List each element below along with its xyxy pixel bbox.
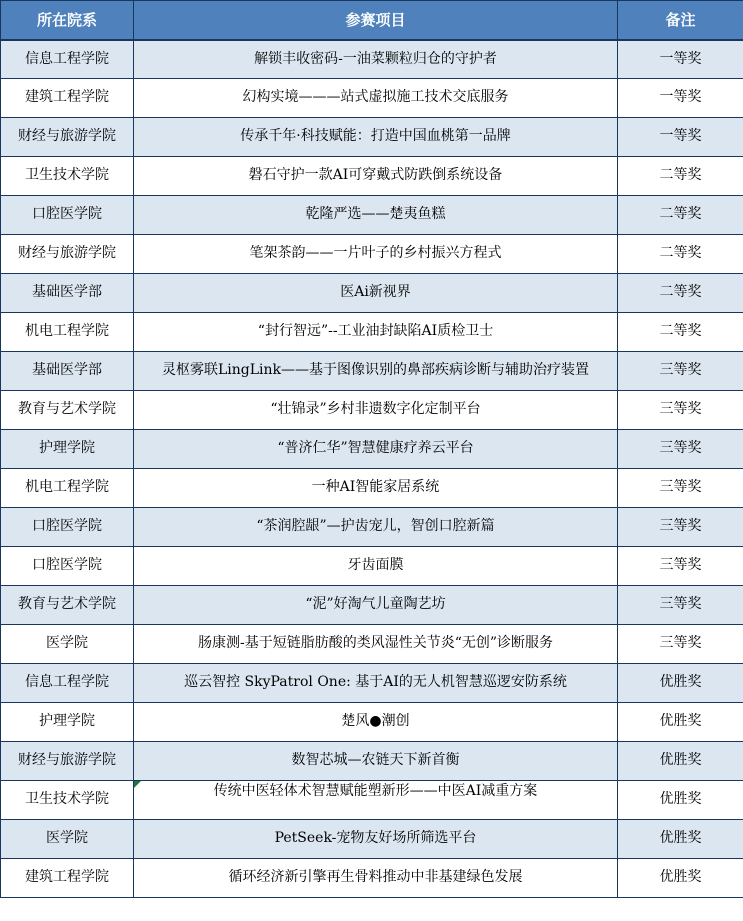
department-cell: 口腔医学院: [1, 196, 134, 235]
table-row: 信息工程学院 解锁丰收密码-一油菜颗粒归仓的守护者 一等奖: [1, 40, 743, 79]
award-cell: 三等奖: [618, 430, 743, 469]
table-row: 基础医学部 灵枢雾联LingLink——基于图像识别的鼻部疾病诊断与辅助治疗装置…: [1, 352, 743, 391]
project-cell: “茶润腔龈”—护齿宠儿，智创口腔新篇: [134, 508, 618, 547]
award-cell: 优胜奖: [618, 664, 743, 703]
table-row: 医学院 肠康测-基于短链脂肪酸的类风湿性关节炎“无创”诊断服务 三等奖: [1, 625, 743, 664]
project-cell: 楚风●潮创: [134, 703, 618, 742]
department-cell: 信息工程学院: [1, 664, 134, 703]
table-row: 财经与旅游学院 传承千年·科技赋能：打造中国血桃第一品牌 一等奖: [1, 118, 743, 157]
award-cell: 二等奖: [618, 274, 743, 313]
department-cell: 建筑工程学院: [1, 79, 134, 118]
award-cell: 二等奖: [618, 196, 743, 235]
project-cell: 传承千年·科技赋能：打造中国血桃第一品牌: [134, 118, 618, 157]
column-header-project: 参赛项目: [134, 1, 618, 40]
table-row: 卫生技术学院 磐石守护一款AI可穿戴式防跌倒系统设备 二等奖: [1, 157, 743, 196]
project-cell: 牙齿面膜: [134, 547, 618, 586]
table-row: 护理学院 “普济仁华”智慧健康疗养云平台 三等奖: [1, 430, 743, 469]
award-cell: 三等奖: [618, 547, 743, 586]
award-cell: 优胜奖: [618, 781, 743, 820]
table-row: 财经与旅游学院 笔架茶韵——一片叶子的乡村振兴方程式 二等奖: [1, 235, 743, 274]
project-cell: 解锁丰收密码-一油菜颗粒归仓的守护者: [134, 40, 618, 79]
award-cell: 三等奖: [618, 508, 743, 547]
department-cell: 基础医学部: [1, 274, 134, 313]
award-cell: 一等奖: [618, 79, 743, 118]
award-cell: 三等奖: [618, 469, 743, 508]
project-cell: PetSeek-宠物友好场所筛选平台: [134, 820, 618, 859]
department-cell: 医学院: [1, 625, 134, 664]
department-cell: 口腔医学院: [1, 547, 134, 586]
department-cell: 机电工程学院: [1, 469, 134, 508]
table-row: 机电工程学院 一种AI智能家居系统 三等奖: [1, 469, 743, 508]
project-cell: “泥”好淘气儿童陶艺坊: [134, 586, 618, 625]
project-cell: 幻构实境———站式虚拟施工技术交底服务: [134, 79, 618, 118]
award-cell: 三等奖: [618, 586, 743, 625]
award-cell: 优胜奖: [618, 859, 743, 898]
project-cell: 循环经济新引擎再生骨料推动中非基建绿色发展: [134, 859, 618, 898]
table-row: 基础医学部 医Ai新视界 二等奖: [1, 274, 743, 313]
department-cell: 财经与旅游学院: [1, 742, 134, 781]
project-cell: 巡云智控 SkyPatrol One: 基于AI的无人机智慧巡逻安防系统: [134, 664, 618, 703]
award-cell: 优胜奖: [618, 742, 743, 781]
department-cell: 教育与艺术学院: [1, 586, 134, 625]
department-cell: 财经与旅游学院: [1, 235, 134, 274]
table-row: 口腔医学院 牙齿面膜 三等奖: [1, 547, 743, 586]
award-cell: 一等奖: [618, 40, 743, 79]
award-cell: 二等奖: [618, 235, 743, 274]
table-row: 护理学院 楚风●潮创 优胜奖: [1, 703, 743, 742]
project-cell: 笔架茶韵——一片叶子的乡村振兴方程式: [134, 235, 618, 274]
department-cell: 财经与旅游学院: [1, 118, 134, 157]
table-row: 教育与艺术学院 “壮锦录”乡村非遗数字化定制平台 三等奖: [1, 391, 743, 430]
awards-table: 所在院系 参赛项目 备注 信息工程学院 解锁丰收密码-一油菜颗粒归仓的守护者 一…: [0, 0, 743, 898]
award-cell: 二等奖: [618, 157, 743, 196]
project-cell: 乾隆严选——楚夷鱼糕: [134, 196, 618, 235]
project-cell: 肠康测-基于短链脂肪酸的类风湿性关节炎“无创”诊断服务: [134, 625, 618, 664]
department-cell: 卫生技术学院: [1, 781, 134, 820]
project-cell: 传统中医轻体术智慧赋能塑新形——中医AI减重方案: [134, 781, 618, 820]
department-cell: 护理学院: [1, 430, 134, 469]
column-header-department: 所在院系: [1, 1, 134, 40]
project-cell: 数智芯城—农链天下新首衡: [134, 742, 618, 781]
award-cell: 一等奖: [618, 118, 743, 157]
award-cell: 三等奖: [618, 352, 743, 391]
project-cell: 一种AI智能家居系统: [134, 469, 618, 508]
department-cell: 医学院: [1, 820, 134, 859]
comment-marker-icon: [134, 781, 141, 788]
department-cell: 卫生技术学院: [1, 157, 134, 196]
department-cell: 机电工程学院: [1, 313, 134, 352]
award-cell: 优胜奖: [618, 703, 743, 742]
department-cell: 口腔医学院: [1, 508, 134, 547]
header-row: 所在院系 参赛项目 备注: [1, 1, 743, 40]
table-row: 医学院 PetSeek-宠物友好场所筛选平台 优胜奖: [1, 820, 743, 859]
award-cell: 二等奖: [618, 313, 743, 352]
table-row: 财经与旅游学院 数智芯城—农链天下新首衡 优胜奖: [1, 742, 743, 781]
project-cell: “壮锦录”乡村非遗数字化定制平台: [134, 391, 618, 430]
column-header-award: 备注: [618, 1, 743, 40]
table-row: 建筑工程学院 循环经济新引擎再生骨料推动中非基建绿色发展 优胜奖: [1, 859, 743, 898]
table-row: 机电工程学院 “封行智远”--工业油封缺陷AI质检卫士 二等奖: [1, 313, 743, 352]
department-cell: 教育与艺术学院: [1, 391, 134, 430]
department-cell: 护理学院: [1, 703, 134, 742]
table-row: 教育与艺术学院 “泥”好淘气儿童陶艺坊 三等奖: [1, 586, 743, 625]
project-cell: “普济仁华”智慧健康疗养云平台: [134, 430, 618, 469]
table-row: 信息工程学院 巡云智控 SkyPatrol One: 基于AI的无人机智慧巡逻安…: [1, 664, 743, 703]
table-row: 建筑工程学院 幻构实境———站式虚拟施工技术交底服务 一等奖: [1, 79, 743, 118]
award-cell: 三等奖: [618, 625, 743, 664]
award-cell: 三等奖: [618, 391, 743, 430]
department-cell: 信息工程学院: [1, 40, 134, 79]
table-row: 卫生技术学院 传统中医轻体术智慧赋能塑新形——中医AI减重方案 优胜奖: [1, 781, 743, 820]
award-cell: 优胜奖: [618, 820, 743, 859]
table-row: 口腔医学院 “茶润腔龈”—护齿宠儿，智创口腔新篇 三等奖: [1, 508, 743, 547]
project-text: 传统中医轻体术智慧赋能塑新形——中医AI减重方案: [214, 783, 538, 799]
project-cell: 医Ai新视界: [134, 274, 618, 313]
project-cell: 磐石守护一款AI可穿戴式防跌倒系统设备: [134, 157, 618, 196]
project-cell: 灵枢雾联LingLink——基于图像识别的鼻部疾病诊断与辅助治疗装置: [134, 352, 618, 391]
department-cell: 基础医学部: [1, 352, 134, 391]
department-cell: 建筑工程学院: [1, 859, 134, 898]
table-row: 口腔医学院 乾隆严选——楚夷鱼糕 二等奖: [1, 196, 743, 235]
project-cell: “封行智远”--工业油封缺陷AI质检卫士: [134, 313, 618, 352]
